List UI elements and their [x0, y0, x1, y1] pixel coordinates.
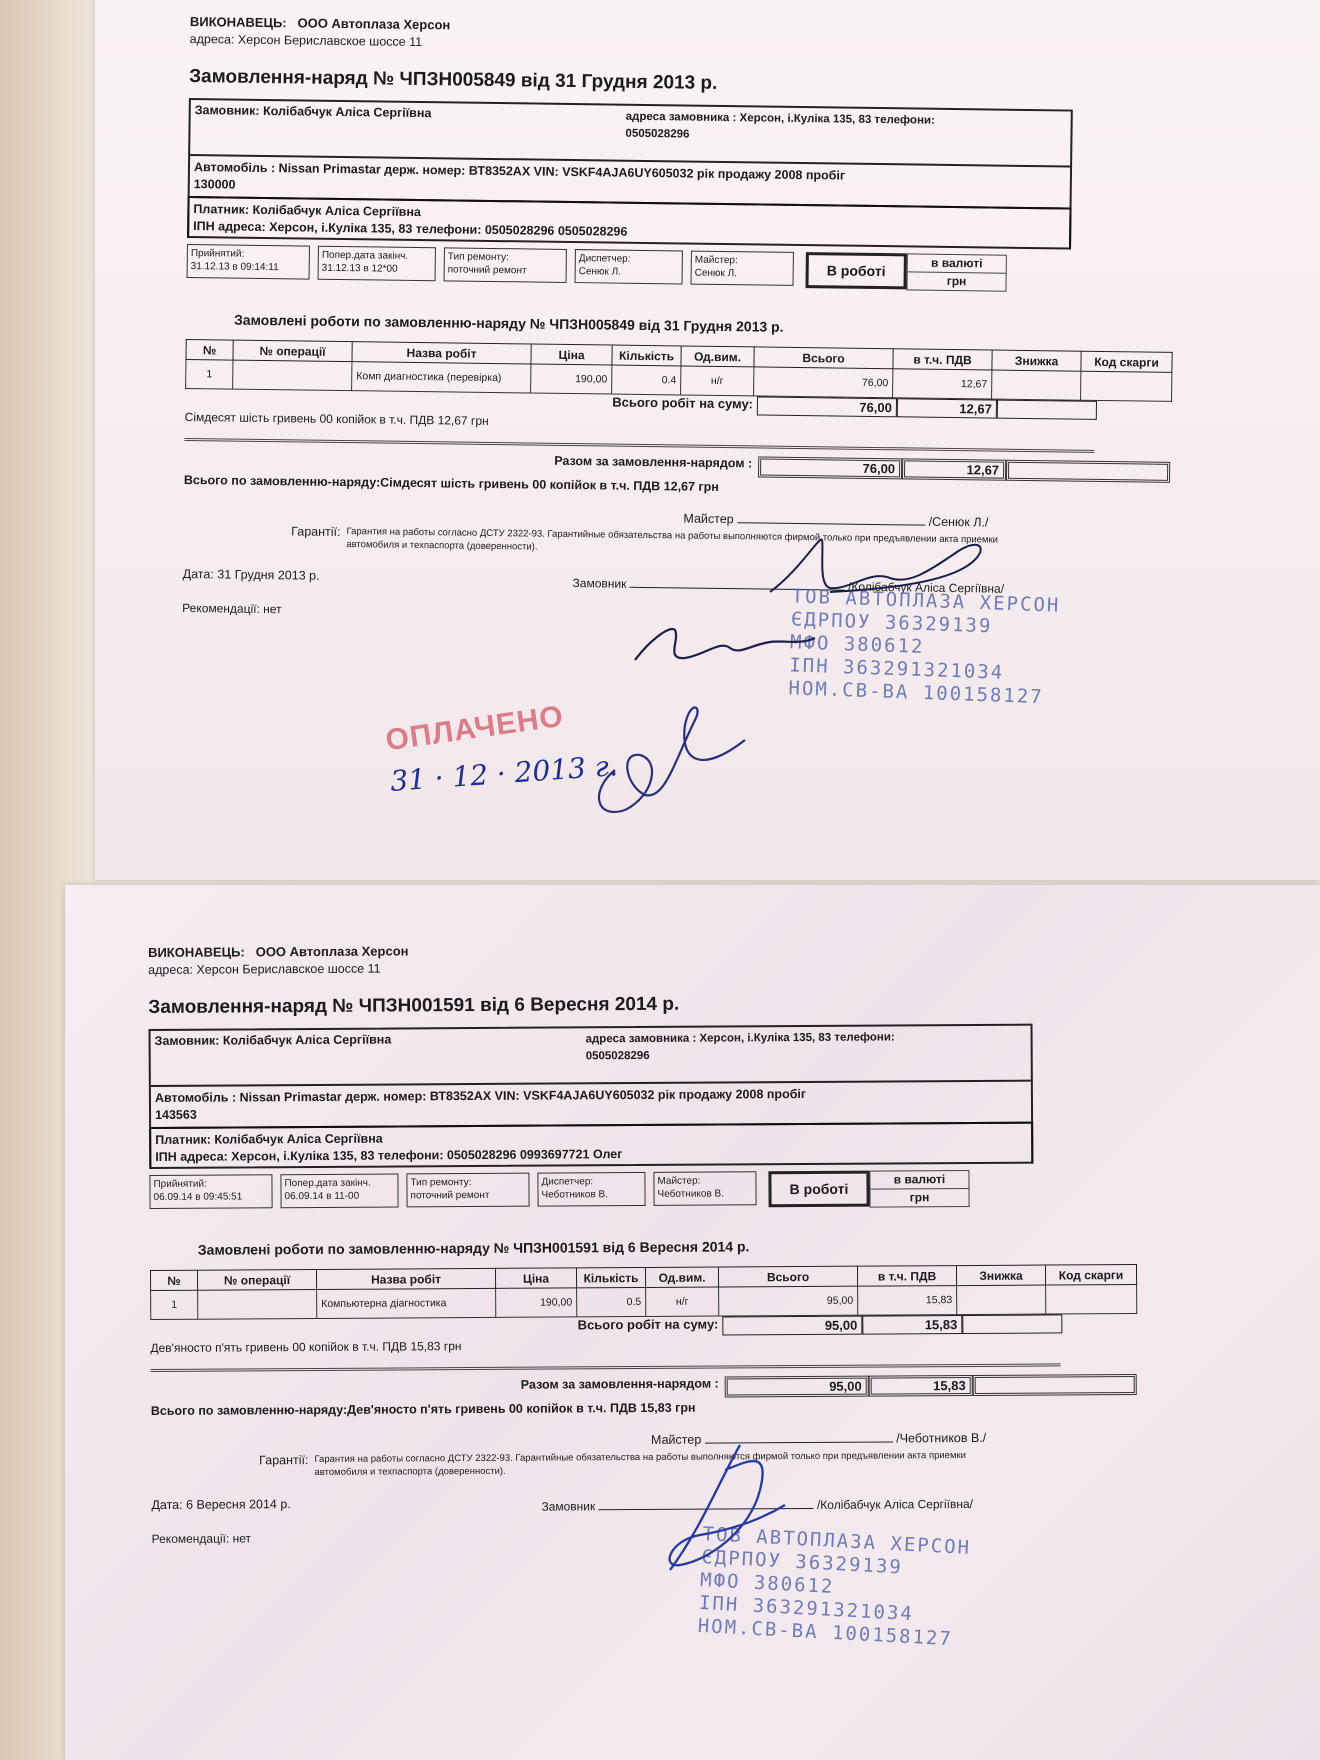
works-sum-discount — [962, 1314, 1062, 1334]
client-name: /Колібабчук Аліса Сергіївна/ — [817, 1497, 973, 1512]
info-box-label: Майстер: — [657, 1174, 752, 1188]
info-box: Попер.дата закінч.31.12.13 в 12*00 — [318, 246, 436, 282]
info-box-label: Диспетчер: — [541, 1175, 641, 1189]
column-header: № — [186, 339, 233, 360]
guarantee-text: Гарантия на работы согласно ДСТУ 2322-93… — [346, 525, 1046, 560]
works-sum-total: 95,00 — [722, 1316, 862, 1336]
status-badge: В роботі — [805, 252, 906, 289]
master-name: /Чеботников В./ — [896, 1431, 986, 1446]
customer-address-block: адреса замовника : Херсон, і.Куліка 135,… — [586, 1029, 1006, 1066]
currency-label: в валюті — [870, 1171, 968, 1189]
column-header: Ціна — [531, 344, 612, 365]
info-box: Диспетчер:Чеботников В. — [537, 1172, 645, 1207]
master-signature-line: Майстер /Сенюк Л./ — [683, 512, 988, 530]
signature-line — [705, 1441, 893, 1443]
guarantee: Гарантії: Гарантия на работы согласно ДС… — [259, 1449, 1014, 1480]
cell-price: 190,00 — [531, 364, 612, 394]
master-label: Майстер — [683, 512, 733, 527]
order-title: Замовлення-наряд № ЧПЗН005849 від 31 Гру… — [189, 66, 1269, 102]
info-box-value: Чеботников В. — [657, 1187, 752, 1201]
info-box-label: Диспетчер: — [579, 252, 679, 266]
cell-total: 95,00 — [719, 1286, 858, 1316]
column-header: Од.вим. — [645, 1267, 718, 1287]
cell-unit: н/г — [681, 366, 754, 396]
info-box-label: Тип ремонту: — [410, 1176, 525, 1190]
info-box: Майстер:Чеботников В. — [653, 1171, 756, 1206]
signature-line — [599, 1508, 814, 1510]
column-header: Од.вим. — [681, 346, 754, 367]
works-table: №№ операціїНазва робітЦінаКількістьОд.ви… — [150, 1264, 1137, 1320]
cell-qty: 0.5 — [577, 1287, 646, 1316]
info-boxes: Прийнятий:06.09.14 в 09:45:51Попер.дата … — [149, 1168, 1249, 1212]
cell-total: 76,00 — [754, 367, 893, 398]
cell-vat: 15,83 — [858, 1286, 957, 1316]
customer-address-block: адреса замовника : Херсон, і.Куліка 135,… — [625, 109, 1045, 148]
cell-vat: 12,67 — [893, 369, 992, 399]
info-box-value: поточний ремонт — [448, 263, 563, 278]
info-boxes: Прийнятий:31.12.13 в 09:14:11Попер.дата … — [187, 244, 1267, 295]
info-box: Прийнятий:06.09.14 в 09:45:51 — [149, 1174, 272, 1209]
column-header: Назва робіт — [316, 1268, 495, 1289]
cell-complaint — [1081, 371, 1172, 401]
column-header: № операції — [233, 340, 352, 362]
info-box: Тип ремонту:поточний ремонт — [444, 247, 567, 283]
order-total: 95,00 — [725, 1376, 869, 1398]
order-total-label: Разом за замовлення-нарядом : — [151, 1376, 725, 1401]
works-title: Замовлені роботи по замовленню-наряду № … — [198, 1235, 1250, 1257]
info-box: Прийнятий:31.12.13 в 09:14:11 — [187, 244, 310, 280]
divider — [151, 1363, 1061, 1372]
recommendations: Рекомендації: нет — [152, 1531, 251, 1546]
executor-label: ВИКОНАВЕЦЬ: — [148, 944, 245, 960]
cell-discount — [992, 370, 1081, 400]
guarantee-label: Гарантії: — [259, 1453, 308, 1479]
client-label: Замовник — [572, 576, 626, 591]
column-header: Всього — [754, 347, 893, 369]
cell-unit: н/г — [646, 1287, 719, 1316]
signature-block: Майстер /Чеботников В./ Гарантії: Гарант… — [151, 1411, 1252, 1558]
cell-name: Комп диагностика (перевірка) — [352, 362, 531, 393]
customer-row: Замовник: Колібабчук Аліса Сергіївна адр… — [151, 1026, 1031, 1087]
document-date: Дата: 31 Грудня 2013 р. — [183, 567, 320, 583]
works-sum-label: Всього робіт на суму: — [150, 1316, 722, 1338]
order-total: 76,00 — [758, 456, 902, 479]
works-sum-vat: 15,83 — [862, 1315, 962, 1335]
info-box-label: Прийнятий: — [153, 1177, 268, 1191]
info-box-value: Сенюк Л. — [695, 267, 790, 281]
cell-complaint — [1046, 1284, 1137, 1314]
info-box-value: 31.12.13 в 12*00 — [322, 262, 432, 276]
currency-value: грн — [907, 271, 1005, 290]
currency-label: в валюті — [908, 254, 1006, 272]
customer-phone: 0505028296 — [586, 1046, 1006, 1066]
client-label: Замовник — [541, 1499, 595, 1513]
work-order-2014: ВИКОНАВЕЦЬ: ООО Автоплаза Херсон адреса:… — [148, 938, 1252, 1558]
column-header: Код скарги — [1045, 1264, 1136, 1285]
company-stamp-top: ТОВ АВТОПЛАЗА ХЕРСОНЄДРПОУ 36329139МФО 3… — [788, 585, 1061, 709]
cell-qty: 0.4 — [612, 365, 681, 395]
master-name: /Сенюк Л./ — [929, 515, 989, 530]
info-box-label: Майстер: — [695, 254, 790, 268]
work-order-2013: ВИКОНАВЕЦЬ: ООО Автоплаза Херсон адреса:… — [182, 14, 1270, 641]
payer-row: Платник: Колібабчук Аліса Сергіївна ІПН … — [149, 1122, 1033, 1169]
works-title: Замовлені роботи по замовленню-наряду № … — [234, 312, 1266, 342]
column-header: Всього — [718, 1266, 857, 1287]
cell-no: 1 — [186, 359, 233, 389]
info-box-value: 31.12.13 в 09:14:11 — [191, 260, 306, 275]
currency-box: в валютігрн — [869, 1170, 969, 1208]
cell-op — [198, 1289, 317, 1319]
executor-address: адреса: Херсон Бериславское шоссе 11 — [148, 956, 1248, 977]
executor-name: ООО Автоплаза Херсон — [256, 943, 409, 959]
order-total-vat: 15,83 — [869, 1375, 973, 1397]
info-box-value: Сенюк Л. — [579, 265, 679, 279]
cell-name: Компьютерна діагностика — [317, 1288, 496, 1318]
executor-label: ВИКОНАВЕЦЬ: — [190, 14, 287, 30]
info-box: Тип ремонту:поточний ремонт — [406, 1173, 529, 1208]
cell-price: 190,00 — [496, 1288, 577, 1317]
customer-name: Замовник: Колібабчук Аліса Сергіївна — [155, 1033, 392, 1048]
cell-discount — [957, 1285, 1046, 1315]
column-header: Назва робіт — [352, 342, 531, 364]
column-header: Знижка — [956, 1265, 1045, 1286]
order-total-row: Разом за замовлення-нарядом : 95,00 15,8… — [151, 1373, 1251, 1401]
order-total-vat: 12,67 — [902, 458, 1006, 480]
column-header: Кількість — [576, 1267, 645, 1287]
info-box: Диспетчер:Сенюк Л. — [575, 249, 683, 284]
order-title: Замовлення-наряд № ЧПЗН001591 від 6 Вере… — [148, 990, 1248, 1019]
column-header: в т.ч. ПДВ — [893, 349, 992, 370]
status-badge: В роботі — [768, 1171, 869, 1208]
column-header: № — [150, 1270, 197, 1290]
info-box-value: поточний ремонт — [410, 1189, 525, 1203]
works-sum-discount — [997, 400, 1097, 420]
guarantee: Гарантії: Гарантия на работы согласно ДС… — [291, 524, 1047, 560]
cell-op — [233, 360, 352, 391]
cell-no: 1 — [151, 1290, 198, 1319]
info-box: Майстер:Сенюк Л. — [691, 251, 794, 286]
column-header: Ціна — [495, 1268, 576, 1288]
signature-block: Майстер /Сенюк Л./ Гарантії: Гарантия на… — [182, 487, 1264, 641]
guarantee-label: Гарантії: — [291, 524, 341, 551]
info-box-value: Чеботников В. — [541, 1188, 641, 1202]
party-block: Замовник: Колібабчук Аліса Сергіївна адр… — [149, 1024, 1034, 1169]
client-signature-line: Замовник /Колібабчук Аліса Сергіївна/ — [541, 1497, 973, 1514]
works-sum-vat: 12,67 — [897, 398, 997, 418]
info-box-value: 06.09.14 в 09:45:51 — [154, 1190, 269, 1204]
signature-line — [737, 522, 925, 525]
executor-name: ООО Автоплаза Херсон — [297, 15, 450, 32]
order-total-extra — [973, 1374, 1137, 1396]
order-total-extra — [1006, 460, 1170, 483]
works-sum-total: 76,00 — [757, 396, 897, 417]
party-block: Замовник: Колібабчук Аліса Сергіївна адр… — [187, 98, 1073, 250]
recommendations: Рекомендації: нет — [182, 601, 282, 616]
document-date: Дата: 6 Вересня 2014 р. — [151, 1497, 290, 1512]
customer-name: Замовник: Колібабчук Аліса Сергіївна — [195, 103, 432, 120]
column-header: в т.ч. ПДВ — [857, 1266, 956, 1287]
column-header: Код скарги — [1081, 351, 1172, 372]
currency-value: грн — [871, 1188, 969, 1207]
info-box: Попер.дата закінч.06.09.14 в 11-00 — [280, 1173, 398, 1208]
master-signature-line: Майстер /Чеботников В./ — [651, 1431, 986, 1447]
currency-box: в валютігрн — [906, 253, 1006, 291]
company-stamp-bottom: ТОВ АВТОПЛАЗА ХЕРСОНЄДРПОУ 36329139МФО 3… — [697, 1523, 971, 1652]
column-header: Знижка — [992, 350, 1081, 371]
guarantee-text: Гарантия на работы согласно ДСТУ 2322-93… — [314, 1449, 1014, 1479]
column-header: № операції — [197, 1269, 316, 1290]
info-box-value: 06.09.14 в 11-00 — [285, 1189, 395, 1203]
info-box-label: Попер.дата закінч. — [284, 1176, 394, 1190]
master-label: Майстер — [651, 1433, 701, 1447]
column-header: Кількість — [612, 345, 681, 366]
